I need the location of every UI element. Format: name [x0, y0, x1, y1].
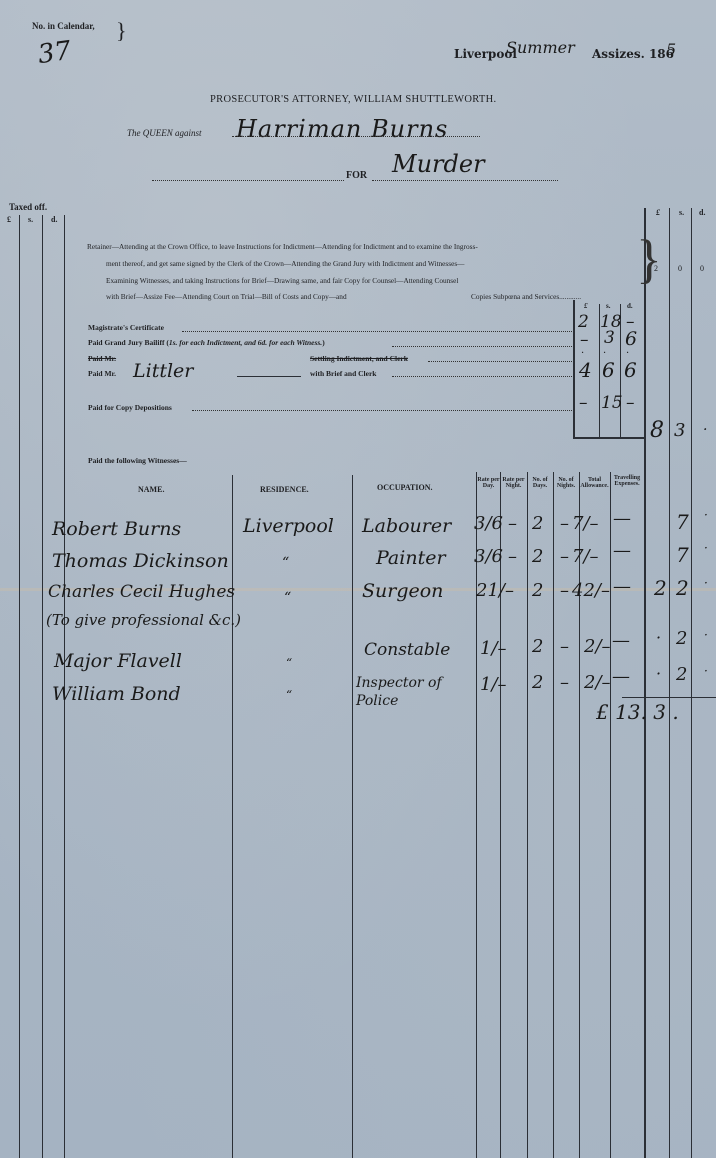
witness-2-residence: “: [282, 555, 289, 571]
assizes-year-digit: 5: [666, 40, 676, 59]
witness-1-rate-night: –: [508, 513, 517, 534]
witness-2-occupation: Painter: [376, 547, 446, 569]
witness-4-pence: ·: [704, 628, 708, 642]
witness-5-days: 2: [532, 672, 543, 693]
wit-header-rate-night: Rate per Night.: [500, 477, 527, 490]
disb-row-5-dots: [192, 410, 572, 411]
witness-2-travel: —: [613, 540, 631, 561]
disb-pounds-header: £: [584, 302, 588, 310]
retainer-line-2: ment thereof, and get same signed by the…: [87, 256, 627, 273]
witness-3-residence: “: [284, 590, 291, 606]
disb-row-5-pence: –: [626, 393, 635, 413]
calendar-brace: }: [116, 18, 127, 44]
retainer-line-4: with Brief—Assize Fee—Attending Court on…: [106, 292, 347, 301]
disb-with-brief-text: with Brief and Clerk: [310, 370, 376, 378]
main-rule-2: [691, 208, 692, 1158]
disb-bailiff-label-end: ): [322, 338, 325, 347]
disb-subtotal-pence: ·: [703, 422, 707, 438]
disb-subtotal-pounds: 8: [650, 418, 664, 443]
witness-3-total: 42/–: [572, 580, 610, 601]
witness-2-shillings: 7: [676, 543, 689, 567]
wit-rule-residence: [352, 475, 353, 1158]
witness-2-name: Thomas Dickinson: [52, 550, 229, 572]
witness-3-days: 2: [532, 580, 543, 601]
disb-row-3-dots: [428, 361, 572, 362]
taxed-off-rule-1: [19, 215, 20, 1158]
for-label: FOR: [346, 170, 367, 181]
disb-box-bottom: [573, 437, 645, 439]
witness-4-travel: —: [612, 630, 630, 651]
main-pence-header: d.: [699, 208, 705, 217]
witness-5-occupation: Inspector of Police: [356, 674, 466, 710]
witness-4-occupation: Constable: [364, 640, 450, 660]
witness-1-total: 7/–: [572, 513, 599, 534]
witness-4-days: 2: [532, 636, 543, 657]
disb-paid-mr-label: Paid Mr.: [88, 370, 116, 378]
witness-3-travel: —: [613, 576, 631, 597]
disb-row-5-pounds: –: [579, 393, 588, 413]
witness-5-pence: ·: [704, 664, 708, 678]
wit-rule-total: [610, 472, 611, 1158]
retainer-line-1: Retainer—Attending at the Crown Office, …: [87, 239, 627, 256]
witness-5-rate-day: 1/–: [480, 674, 507, 695]
main-pounds-header: £: [656, 208, 660, 217]
attorney-line: PROSECUTOR'S ATTORNEY, WILLIAM SHUTTLEWO…: [210, 94, 496, 105]
disb-magistrate-label: Magistrate's Certificate: [88, 324, 164, 332]
wit-header-name: NAME.: [138, 485, 164, 494]
witness-1-rate-day: 3/6: [474, 513, 503, 534]
witness-2-rate-night: –: [508, 546, 517, 567]
witness-1-days: 2: [532, 513, 543, 534]
witness-3-nights: –: [560, 580, 569, 601]
disb-row-2-shillings: 3: [604, 328, 615, 348]
witness-4-residence: “: [286, 656, 292, 670]
wit-header-rate-day: Rate per Day.: [476, 477, 501, 490]
calendar-number: 37: [36, 36, 73, 70]
grand-total: £ 13. 3 .: [596, 700, 679, 724]
disb-bailiff-label: Paid Grand Jury Bailiff (1s. for each In…: [88, 339, 325, 347]
calendar-label: No. in Calendar,: [32, 21, 95, 31]
wit-rule-nights: [579, 472, 580, 1158]
witness-3-name-note: (To give professional &c.): [46, 611, 241, 629]
wit-header-travel: Travelling Expenses.: [610, 475, 644, 488]
wit-header-total: Total Allowance.: [579, 477, 610, 490]
wit-rule-days: [553, 472, 554, 1158]
retainer-brace: }: [636, 232, 662, 286]
wit-header-days: No. of Days.: [527, 477, 553, 490]
main-rule-1: [669, 208, 670, 1158]
witness-4-nights: –: [560, 636, 569, 657]
assizes-label: Assizes. 186: [592, 47, 674, 61]
witness-2-rate-day: 3/6: [474, 546, 503, 567]
disb-row-4-pence: 6: [624, 358, 637, 382]
disb-paid-mr-blank-line: [237, 376, 301, 377]
witness-4-total: 2/–: [584, 636, 611, 657]
taxed-off-pounds-header: £: [7, 215, 11, 224]
witness-3-name: Charles Cecil Hughes: [48, 582, 235, 602]
witness-3-pounds: 2: [654, 576, 667, 600]
witness-1-nights: –: [560, 513, 569, 534]
charge: Murder: [392, 150, 485, 178]
witness-2-total: 7/–: [572, 546, 599, 567]
disb-row-4-shillings: 6: [602, 358, 615, 382]
disb-pence-header: d.: [627, 302, 633, 310]
wit-rule-rate-day: [500, 472, 501, 1158]
witness-4-rate-day: 1/–: [480, 638, 507, 659]
witness-1-occupation: Labourer: [362, 515, 451, 537]
wit-header-occupation: OCCUPATION.: [377, 483, 432, 492]
retainer-copies-text: Copies Subpœna and Services............: [471, 289, 581, 306]
disb-struck-paid-label: Paid Mr.: [88, 355, 116, 363]
witness-4-pounds: ·: [656, 628, 661, 647]
witness-1-pence: ·: [704, 508, 708, 522]
witness-5-pounds: ·: [656, 664, 661, 683]
for-dotted-line-left: [152, 180, 344, 181]
witness-2-pence: ·: [704, 541, 708, 555]
witness-3-rate-day: 21/–: [476, 580, 514, 601]
witness-3-pence: ·: [704, 576, 708, 590]
defendant-name: Harriman Burns: [236, 115, 448, 143]
disb-shillings-header: s.: [606, 302, 610, 310]
retainer-line-3: Examining Witnesses, and taking Instruct…: [87, 273, 627, 290]
grand-total-rule: [622, 697, 716, 698]
disb-subtotal-shillings: 3: [674, 420, 685, 441]
taxed-off-label: Taxed off.: [9, 202, 47, 212]
disb-paid-mr-name: Littler: [133, 360, 193, 382]
disb-bailiff-label-plain: Paid Grand Jury Bailiff (: [88, 338, 169, 347]
disb-box-right: [644, 300, 646, 437]
retainer-pence: 0: [700, 264, 704, 273]
disb-row-4-dots: [392, 376, 572, 377]
queen-against-label: The QUEEN against: [127, 128, 202, 138]
disb-row-2-pence: 6: [625, 328, 637, 350]
disb-bailiff-label-italic: 1s. for each Indictment, and 6d. for eac…: [169, 338, 322, 347]
disb-row-2-pounds: –: [580, 330, 589, 350]
witness-5-total: 2/–: [584, 672, 611, 693]
taxed-off-rule-2: [42, 215, 43, 1158]
wit-rule-name: [232, 475, 233, 1158]
main-shillings-header: s.: [679, 208, 684, 217]
wit-rule-occupation: [476, 472, 477, 1158]
disb-row-2-dots: [392, 346, 572, 347]
witness-4-name: Major Flavell: [54, 650, 182, 672]
retainer-block: Retainer—Attending at the Crown Office, …: [87, 239, 627, 306]
disb-box-left: [573, 300, 575, 437]
witness-1-shillings: 7: [676, 510, 689, 534]
wit-rule-rate-night: [527, 472, 528, 1158]
disb-row-5-shillings: 15: [601, 393, 623, 413]
wit-header-residence: RESIDENCE.: [260, 485, 309, 494]
witness-2-days: 2: [532, 546, 543, 567]
witness-1-name: Robert Burns: [52, 518, 181, 540]
witness-2-nights: –: [560, 546, 569, 567]
disb-row-4-pounds: 4: [579, 358, 592, 382]
wit-header-nights: No. of Nights.: [553, 477, 579, 490]
witness-5-name: William Bond: [52, 683, 181, 705]
witness-5-shillings: 2: [676, 664, 687, 685]
disb-copy-depositions-label: Paid for Copy Depositions: [88, 404, 172, 412]
witness-1-residence: Liverpool: [243, 515, 334, 537]
witness-3-shillings: 2: [676, 576, 689, 600]
charge-dotted-line: [372, 180, 558, 181]
taxed-off-pence-header: d.: [51, 215, 57, 224]
witness-4-shillings: 2: [676, 628, 687, 649]
witness-5-nights: –: [560, 672, 569, 693]
assizes-season: Summer: [506, 38, 575, 57]
retainer-shillings: 0: [678, 264, 682, 273]
disb-row-1-dots: [182, 331, 572, 332]
retainer-pounds: 2: [654, 264, 658, 273]
witnesses-intro: Paid the following Witnesses—: [88, 457, 187, 465]
defendant-dotted-line: [232, 136, 480, 137]
disb-row-1-pounds: 2: [578, 312, 589, 332]
witness-5-travel: —: [612, 666, 630, 687]
witness-3-occupation: Surgeon: [362, 580, 443, 602]
taxed-off-shillings-header: s.: [28, 215, 33, 224]
witness-1-travel: —: [613, 508, 631, 529]
witness-5-residence: “: [286, 688, 292, 702]
disb-struck-settling-text: Settling Indictment, and Clerk: [310, 355, 408, 363]
